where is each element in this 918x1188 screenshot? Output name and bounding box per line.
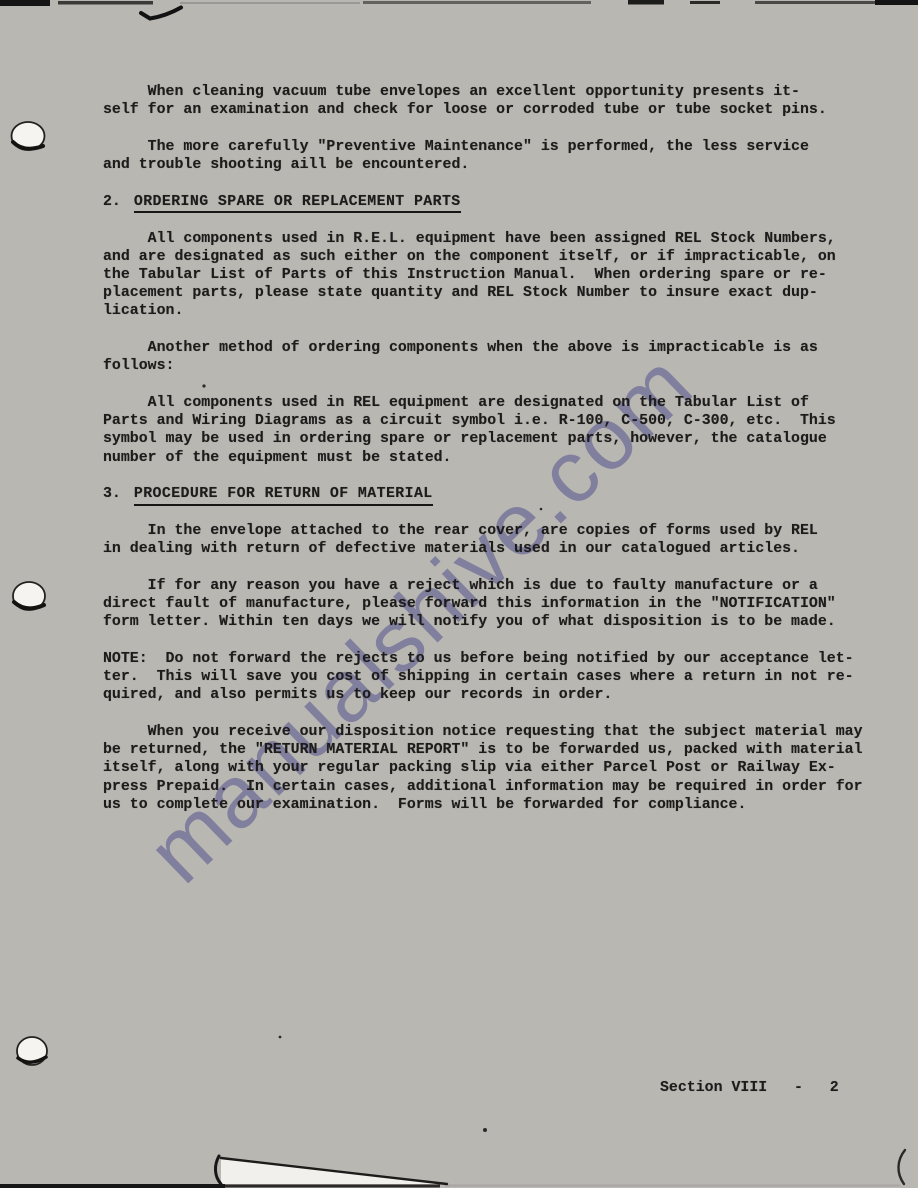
document-body: When cleaning vacuum tube envelopes an e… xyxy=(103,83,903,833)
section-number: 2. xyxy=(103,194,121,210)
paragraph-circuit-symbols: All components used in REL equipment are… xyxy=(103,394,903,467)
paragraph-reject-notification: If for any reason you have a reject whic… xyxy=(103,577,903,632)
paragraph-rel-stock-numbers: All components used in R.E.L. equipment … xyxy=(103,230,903,321)
punch-hole-bottom xyxy=(17,1037,47,1065)
section-number: 3. xyxy=(103,486,121,502)
paragraph-note-rejects: NOTE: Do not forward the rejects to us b… xyxy=(103,650,903,705)
section-heading-ordering-parts: 2.ORDERING SPARE OR REPLACEMENT PARTS xyxy=(103,193,903,211)
punch-hole-middle xyxy=(13,582,45,610)
section-title: PROCEDURE FOR RETURN OF MATERIAL xyxy=(134,486,433,506)
section-heading-return-material: 3.PROCEDURE FOR RETURN OF MATERIAL xyxy=(103,485,903,503)
paragraph-envelope-forms: In the envelope attached to the rear cov… xyxy=(103,522,903,558)
paragraph-cleaning-tubes: When cleaning vacuum tube envelopes an e… xyxy=(103,83,903,119)
document-page: manualshive.com When cleaning vacuum tub… xyxy=(0,0,918,1188)
bottom-edge xyxy=(0,1150,905,1188)
section-title: ORDERING SPARE OR REPLACEMENT PARTS xyxy=(134,194,461,214)
paragraph-preventive-maintenance: The more carefully "Preventive Maintenan… xyxy=(103,138,903,174)
page-footer: Section VIII - 2 xyxy=(660,1080,839,1096)
paragraph-return-material-report: When you receive our disposition notice … xyxy=(103,723,903,814)
top-edge-line xyxy=(0,0,918,6)
punch-hole-top xyxy=(12,122,45,150)
paragraph-another-method: Another method of ordering components wh… xyxy=(103,339,903,375)
pen-mark-icon xyxy=(141,8,181,19)
